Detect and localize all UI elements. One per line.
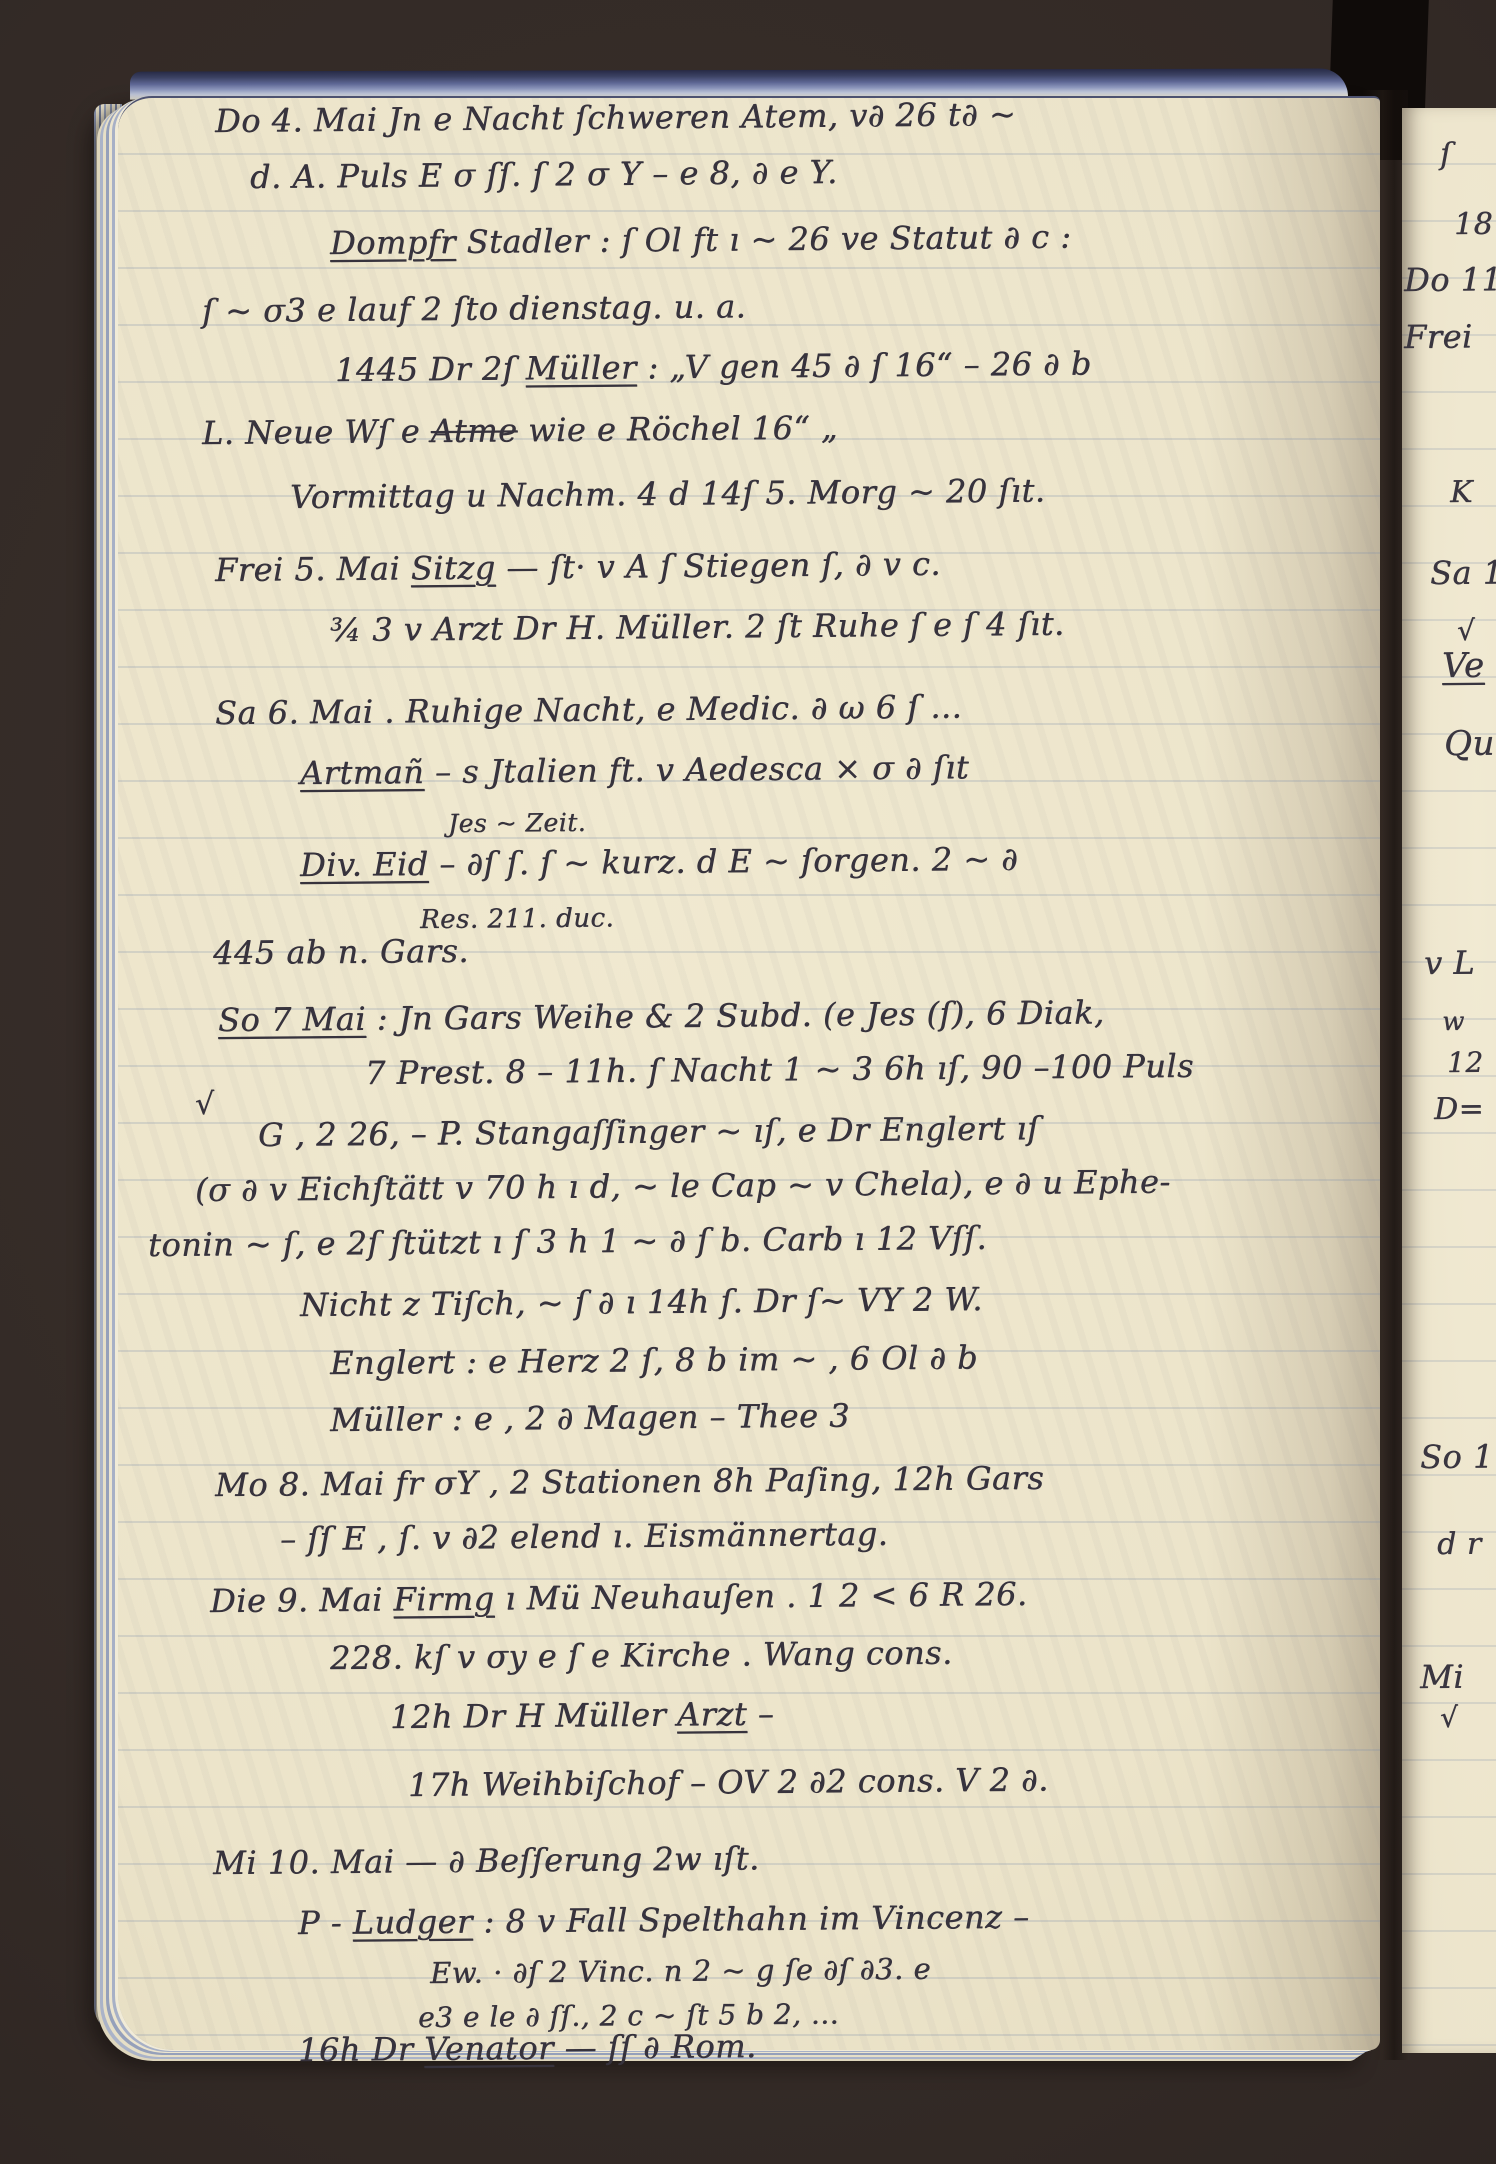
handwritten-line: 445 ab n. Gars. — [213, 934, 469, 971]
handwritten-line: w — [1442, 1008, 1465, 1037]
handwritten-line: Mo 8. Mai fr σY , 2 Stationen 8h Paſing,… — [215, 1461, 1044, 1503]
handwritten-line: Artmañ – s Jtalien ft. v Aedesca × σ ∂ ſ… — [300, 750, 969, 791]
handwritten-line: – ſſ E , ſ. v ∂2 elend ı. Eismännertag. — [280, 1517, 889, 1557]
handwritten-line: d r — [1437, 1528, 1482, 1561]
handwritten-line: d. A. Puls E σ ſſ. ſ 2 σ Y – e 8, ∂ e Y. — [250, 155, 838, 195]
handwritten-line: L. Neue Wſ e Atme wie e Röchel 16“ „ — [202, 410, 838, 451]
handwritten-line: Ew. · ∂ſ 2 Vinc. n 2 ~ g ſe ∂ſ ∂3. e — [430, 1954, 931, 1990]
handwritten-line: v L — [1424, 946, 1475, 982]
handwritten-line: Ve — [1442, 648, 1485, 686]
handwritten-line: √ — [195, 1088, 215, 1121]
handwritten-line: So 7 Mai : Jn Gars Weihe & 2 Subd. (e Je… — [218, 995, 1105, 1038]
handwritten-line: 17h Weihbiſchof – OV 2 ∂2 cons. V 2 ∂. — [408, 1762, 1049, 1803]
handwritten-line: Mi 10. Mai — ∂ Beſſerung 2w ıſt. — [213, 1841, 760, 1881]
handwritten-line: 1445 Dr 2ſ Müller : „V gen 45 ∂ ſ 16“ – … — [335, 346, 1092, 388]
handwritten-line: Frei — [1404, 319, 1473, 355]
handwritten-line: Englert : e Herz 2 ſ, 8 b im ~ , 6 Ol ∂ … — [330, 1340, 978, 1381]
handwritten-line: So 1 — [1420, 1439, 1494, 1475]
handwritten-line: Die 9. Mai Firmg ı Mü Neuhauſen . 1 2 < … — [210, 1577, 1028, 1619]
handwritten-line: √ — [1440, 1703, 1459, 1734]
handwritten-line: Nicht z Tiſch, ~ ſ ∂ ı 14h ſ. Dr ſ~ VY 2… — [300, 1282, 983, 1323]
page-stack-top-edge — [130, 68, 1348, 99]
handwritten-line: G , 2 26, – P. Stangaſſinger ~ ıſ, e Dr … — [258, 1111, 1040, 1153]
notebook-photo: Do 4. Mai Jn e Nacht ſchweren Atem, v∂ 2… — [0, 0, 1496, 2164]
handwritten-line: 12 — [1447, 1048, 1484, 1079]
handwritten-line: D= — [1434, 1093, 1484, 1126]
handwritten-line: 18 — [1454, 208, 1493, 241]
handwritten-line: 228. kſ v σy e ſ e Kirche . Wang cons. — [330, 1636, 953, 1677]
handwritten-line: Qu — [1444, 726, 1495, 764]
handwritten-line: Do 4. Mai Jn e Nacht ſchweren Atem, v∂ 2… — [215, 97, 1017, 139]
handwritten-line: Dompfr Stadler : ſ Ol ft ı ~ 26 ve Statu… — [330, 220, 1072, 262]
handwritten-line: Do 11 — [1404, 262, 1496, 298]
handwritten-line: Vormittag u Nachm. 4 d 14ſ 5. Morg ~ 20 … — [290, 473, 1046, 515]
handwritten-line: Frei 5. Mai Sitzg — ſt· v A ſ Stiegen ſ,… — [215, 547, 941, 589]
handwritten-line: ¾ 3 v Arzt Dr H. Müller. 2 ſt Ruhe ſ e ſ… — [330, 607, 1065, 649]
handwritten-line: Res. 211. duc. — [420, 904, 614, 934]
handwritten-line: √ — [1457, 616, 1476, 647]
handwritten-line: tonin ~ ſ, e 2ſ ſtützt ı ſ 3 h 1 ~ ∂ ſ b… — [148, 1221, 987, 1264]
handwritten-line: 16h Dr Venator — ſſ ∂ Rom. — [298, 2029, 757, 2068]
handwritten-line: K — [1450, 476, 1473, 509]
handwritten-line: Div. Eid – ∂ſ ſ. ſ ~ kurz. d E ~ ſorgen.… — [300, 842, 1018, 883]
diary-left-page: Do 4. Mai Jn e Nacht ſchweren Atem, v∂ 2… — [118, 96, 1380, 2050]
handwritten-line: P - Ludger : 8 v Fall Spelthahn im Vince… — [298, 1900, 1030, 1942]
handwritten-line: Sa 1 — [1430, 555, 1496, 591]
diary-facing-page-sliver: ſ18Do 11FreiKSa 1√VeQuv Lw12D=So 1d rMi√ — [1402, 108, 1496, 2053]
handwritten-line: Müller : e , 2 ∂ Magen – Thee 3 — [330, 1398, 850, 1438]
handwritten-line: Jes ~ Zeit. — [448, 809, 586, 838]
handwritten-line: (σ ∂ v Eichſtätt v 70 h ı d, ~ le Cap ~ … — [195, 1164, 1171, 1208]
handwritten-line: 7 Prest. 8 – 11h. ſ Nacht 1 ~ 3 6h ıſ, 9… — [365, 1049, 1194, 1091]
handwritten-line: Sa 6. Mai . Ruhige Nacht, e Medic. ∂ ω 6… — [215, 689, 963, 731]
handwritten-line: Mi — [1420, 1660, 1464, 1696]
handwritten-line: ſ ~ σ3 e lauf 2 ſto dienstag. u. a. — [202, 289, 747, 329]
handwritten-line: 12h Dr H Müller Arzt – — [390, 1697, 775, 1736]
handwritten-line: ſ — [1440, 138, 1452, 171]
